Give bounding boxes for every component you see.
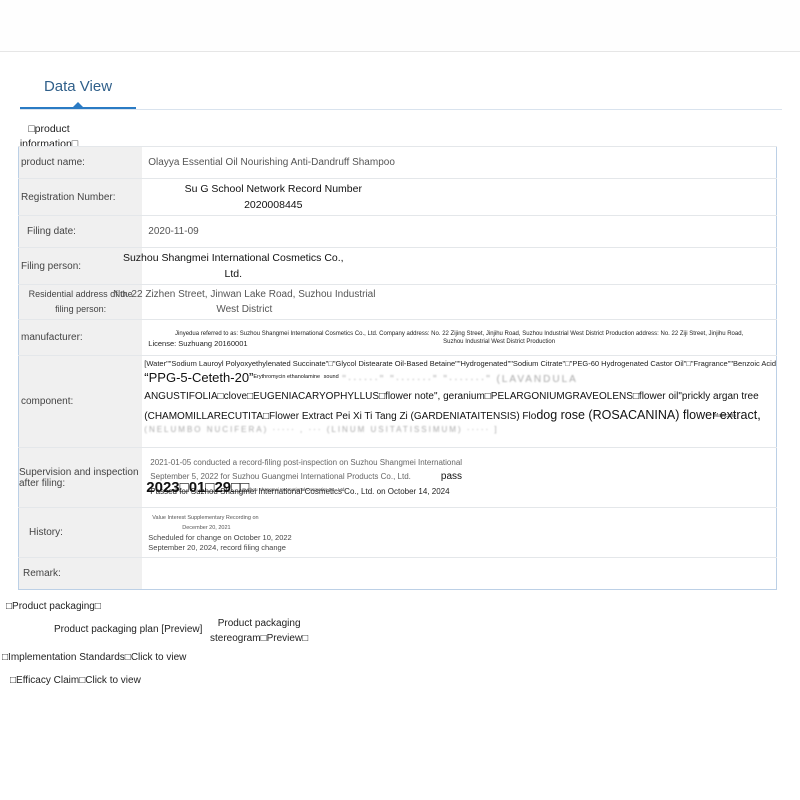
packaging-plan-preview-link[interactable]: Product packaging plan [Preview] bbox=[54, 624, 202, 635]
table-row: Supervision and inspection after filing:… bbox=[19, 448, 777, 508]
table-row: manufacturer: Jinyedua referred to as: S… bbox=[19, 320, 777, 356]
table-row: Filing person: Suzhou Shangmei Internati… bbox=[19, 248, 777, 285]
component-label: component: bbox=[19, 356, 143, 448]
packaging-stereogram-preview-link[interactable]: Product packaging stereogram□Preview□ bbox=[210, 616, 308, 646]
manufacturer-value: Jinyedua referred to as: Suzhou Shangmei… bbox=[142, 320, 776, 356]
registration-number-label: Registration Number: bbox=[19, 179, 143, 216]
filing-person-line2: Ltd. bbox=[108, 266, 358, 282]
product-name-value: Olayya Essential Oil Nourishing Anti-Dan… bbox=[142, 147, 776, 179]
filing-person-value: Suzhou Shangmei International Cosmetics … bbox=[142, 248, 776, 285]
table-row: Residential address of the filing person… bbox=[19, 285, 777, 320]
table-row: History: Value Interest Supplementary Re… bbox=[19, 508, 777, 558]
product-info-table: product name: Olayya Essential Oil Nouri… bbox=[18, 146, 777, 590]
efficacy-claim-link[interactable]: □Efficacy Claim□Click to view bbox=[10, 675, 141, 686]
tab-data-view[interactable]: Data View bbox=[20, 78, 136, 109]
registration-line2: 2020008445 bbox=[148, 197, 398, 213]
remark-label: Remark: bbox=[19, 558, 143, 590]
product-name-label: product name: bbox=[19, 147, 143, 179]
table-row: component: [Water""Sodium Lauroyl Polyox… bbox=[19, 356, 777, 448]
top-header-band bbox=[0, 0, 800, 52]
table-row: Registration Number: Su G School Network… bbox=[19, 179, 777, 216]
table-row: Remark: bbox=[19, 558, 777, 590]
history-label: History: bbox=[19, 508, 143, 558]
tab-data-view-label: Data View bbox=[44, 78, 112, 95]
filing-person-line1: Suzhou Shangmei International Cosmetics … bbox=[108, 250, 358, 266]
supervision-label: Supervision and inspection after filing: bbox=[19, 448, 143, 508]
registration-number-value: Su G School Network Record Number 202000… bbox=[142, 179, 776, 216]
tab-bar: Data View bbox=[20, 70, 782, 110]
remark-value bbox=[142, 558, 776, 590]
component-value: [Water""Sodium Lauroyl Polyoxyethylenate… bbox=[142, 356, 776, 448]
supervision-value: 2021-01-05 conducted a record-filing pos… bbox=[142, 448, 776, 508]
product-packaging-heading: □Product packaging□ bbox=[6, 601, 101, 612]
history-value: Value Interest Supplementary Recording o… bbox=[142, 508, 776, 558]
table-row: product name: Olayya Essential Oil Nouri… bbox=[19, 147, 777, 179]
address-value: No. 22 Zizhen Street, Jinwan Lake Road, … bbox=[142, 285, 776, 320]
table-row: Filing date: 2020-11-09 bbox=[19, 216, 777, 248]
filing-date-value: 2020-11-09 bbox=[142, 216, 776, 248]
caret-up-icon bbox=[73, 102, 83, 107]
manufacturer-label: manufacturer: bbox=[19, 320, 143, 356]
registration-line1: Su G School Network Record Number bbox=[148, 181, 398, 197]
implementation-standards-link[interactable]: □Implementation Standards□Click to view bbox=[2, 652, 186, 663]
filing-date-label: Filing date: bbox=[19, 216, 143, 248]
